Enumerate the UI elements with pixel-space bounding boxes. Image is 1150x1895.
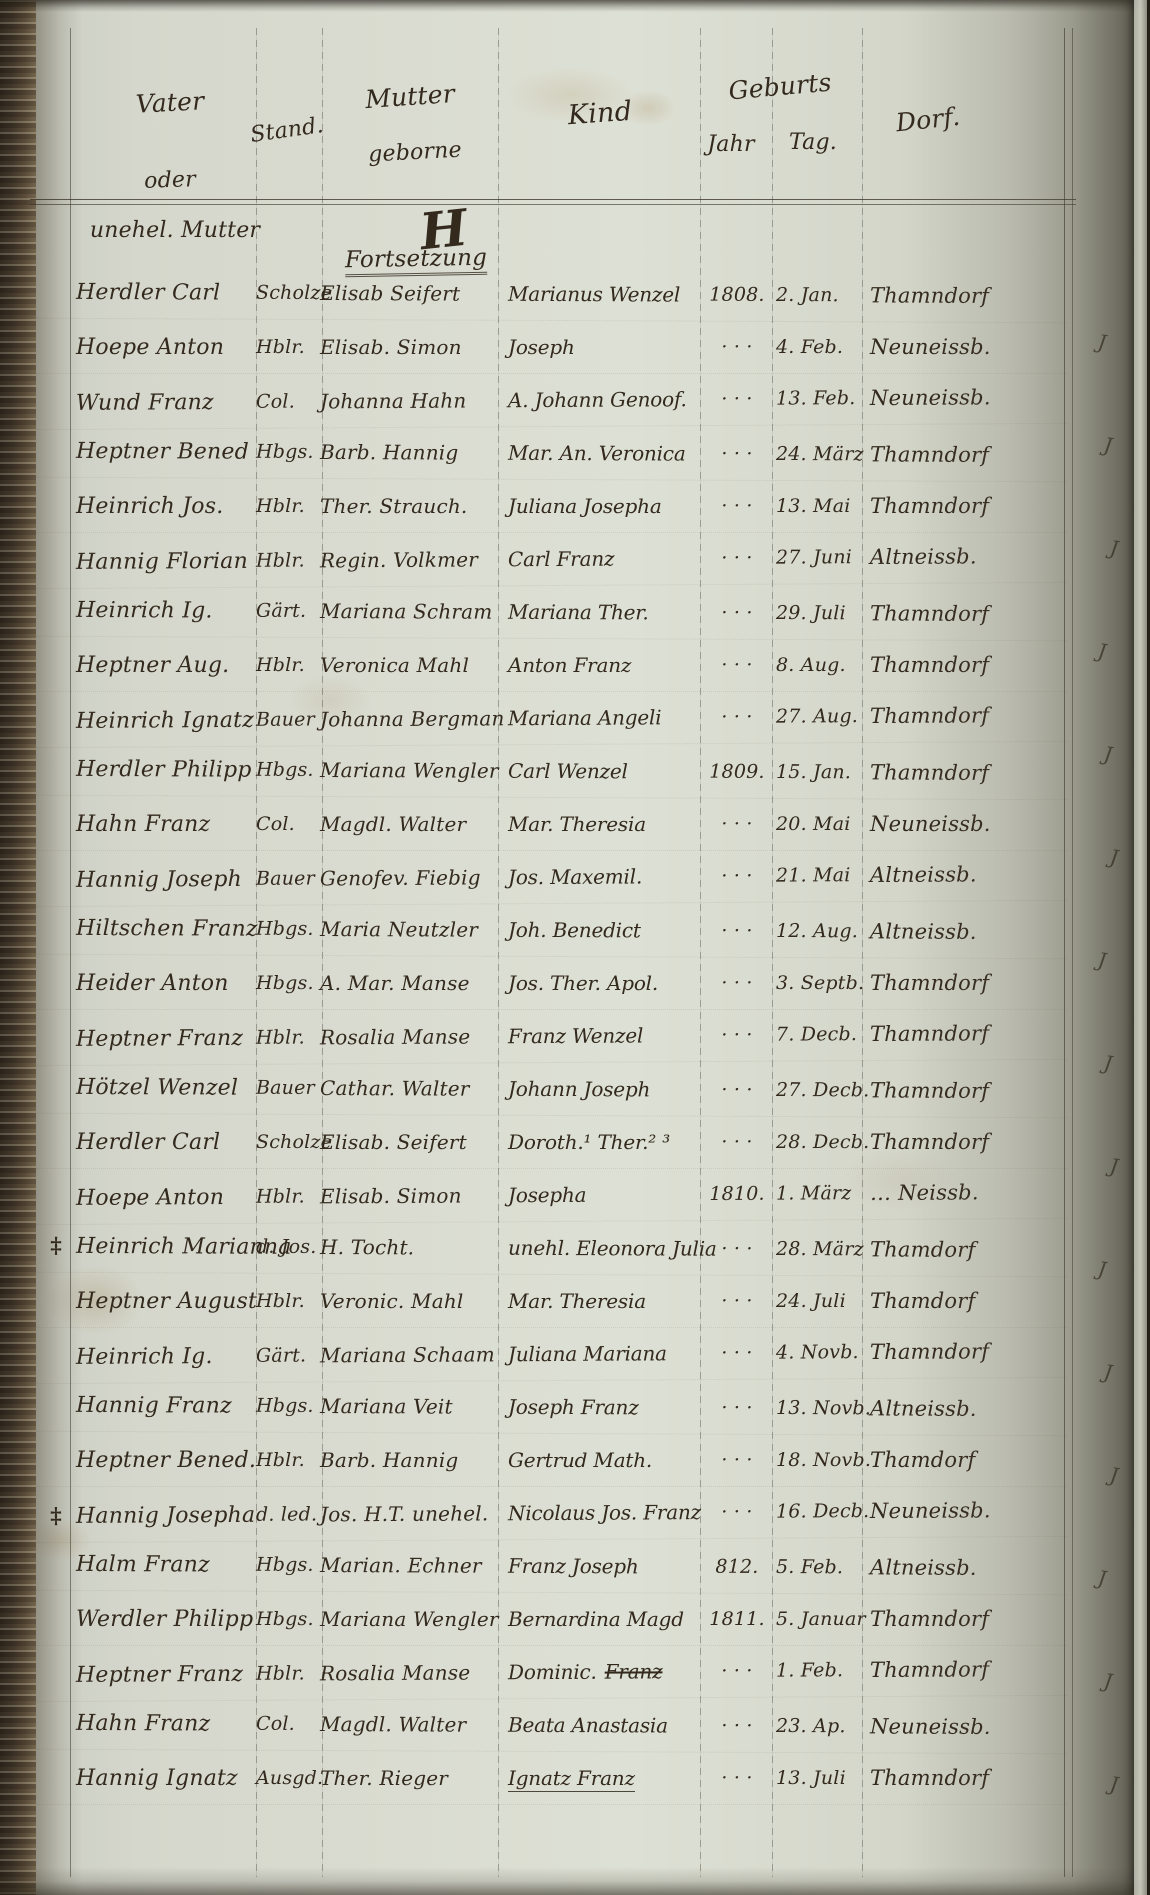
table-row: Herdler Carl Scholze Elisab. Seifert Dor… <box>36 1116 1068 1169</box>
status-abbrev: Scholze <box>256 1131 320 1153</box>
father-name: Hannig Ignatz <box>76 1766 256 1791</box>
birth-day: 16. Decb. <box>772 1500 862 1523</box>
father-name: Hahn Franz <box>76 1710 256 1736</box>
mother-name: Cathar. Walter <box>320 1076 498 1101</box>
village-name: Altneissb. <box>862 1555 1068 1580</box>
mother-name: Veronica Mahl <box>320 653 498 677</box>
birth-year: · · · <box>702 1079 772 1101</box>
next-page-edge <box>1134 0 1147 1895</box>
mother-name: Marian. Echner <box>320 1553 498 1578</box>
child-name: A. Johann Genoof. <box>498 387 702 412</box>
village-name: Altneissb. <box>862 1396 1068 1421</box>
edge-ink-fragment: J <box>1096 639 1107 664</box>
child-name-text: Bernardina Magd <box>508 1607 684 1631</box>
village-name: Thamndorf <box>862 1766 1068 1790</box>
father-name: Halm Franz <box>76 1551 256 1577</box>
table-row: Heptner Bened. Hblr. Barb. Hannig Gertru… <box>36 1434 1068 1487</box>
child-name-text: Joseph <box>508 335 575 359</box>
father-name: Heinrich Marianna <box>76 1233 256 1259</box>
birth-day: 5. Januar <box>772 1608 862 1630</box>
entry-marker: ‡ <box>36 1503 76 1529</box>
mother-name: Barb. Hannig <box>320 1448 498 1472</box>
birth-year: · · · <box>702 547 772 569</box>
child-name-text: Mar. An. Veronica <box>508 441 686 466</box>
table-row: Hannig Franz Hbgs. Mariana Veit Joseph F… <box>36 1379 1068 1437</box>
birth-day: 8. Aug. <box>772 654 862 676</box>
child-name-text: Dominic. <box>508 1660 597 1685</box>
child-name-text: A. Johann Genoof. <box>508 387 687 412</box>
birth-year: · · · <box>702 1660 772 1682</box>
status-abbrev: Gärt. <box>256 1344 320 1366</box>
father-name: Heptner Bened <box>76 438 256 464</box>
village-name: Thamndorf <box>862 1021 1068 1046</box>
father-name: Hoepe Anton <box>76 1184 256 1210</box>
village-name: Thamdorf <box>862 1448 1068 1472</box>
village-name: Thamdorf <box>862 1289 1068 1313</box>
father-name: Hannig Florian <box>76 548 256 574</box>
village-name: Thamndorf <box>862 1607 1068 1631</box>
edge-ink-fragment: J <box>1096 1566 1107 1591</box>
status-abbrev: Gärt. <box>256 600 320 622</box>
table-row: Hannig Ignatz Ausgd. Ther. Rieger Ignatz… <box>36 1752 1068 1805</box>
birth-day: 27. Aug. <box>772 705 862 728</box>
father-name: Hannig Franz <box>76 1392 256 1418</box>
status-abbrev: Ausgd. <box>256 1767 320 1789</box>
mother-name: Maria Neutzler <box>320 917 498 942</box>
edge-ink-fragment: J <box>1108 845 1119 870</box>
table-row: Herdler Philipp Hbgs. Mariana Wengler Ca… <box>36 743 1068 801</box>
child-name-text: unehl. Eleonora Julia <box>508 1236 717 1261</box>
mother-name: H. Tocht. <box>320 1235 498 1260</box>
village-name: Thamndorf <box>862 760 1068 785</box>
village-name: Thamndorf <box>862 494 1068 518</box>
status-abbrev: Col. <box>256 813 320 835</box>
birth-year: 1810. <box>702 1183 772 1205</box>
header-divider-rule <box>30 199 1076 205</box>
child-name: Franz Wenzel <box>498 1023 702 1048</box>
child-name: Anton Franz <box>498 653 702 677</box>
child-name-text: Joh. Benedict <box>508 918 641 943</box>
child-name: Carl Wenzel <box>498 759 702 784</box>
status-abbrev: Hblr. <box>256 495 320 517</box>
birth-year: · · · <box>702 654 772 676</box>
father-name: Hannig Josepha <box>76 1502 256 1528</box>
village-name: Neuneissb. <box>862 335 1068 359</box>
status-abbrev: Hbgs. <box>256 759 320 781</box>
status-abbrev: Bauer <box>256 1077 320 1099</box>
birth-day: 23. Ap. <box>772 1715 862 1737</box>
mother-name: Jos. H.T. unehel. <box>320 1501 498 1526</box>
birth-day: 5. Feb. <box>772 1556 862 1578</box>
mother-name: Elisab. Seifert <box>320 1130 498 1154</box>
child-name-text: Franz Joseph <box>508 1554 639 1579</box>
header-mother-label: Mutter <box>329 76 491 116</box>
header-child-label: Kind <box>529 93 671 134</box>
birth-day: 7. Decb. <box>772 1023 862 1046</box>
edge-ink-fragment: J <box>1102 433 1113 458</box>
table-row: Heinrich Jos. Hblr. Ther. Strauch. Julia… <box>36 480 1068 533</box>
child-name: Juliana Josepha <box>498 494 702 518</box>
child-name: unehl. Eleonora Julia <box>498 1236 702 1261</box>
mother-name: A. Mar. Manse <box>320 971 498 995</box>
table-row: Heinrich Ig. Gärt. Mariana Schaam Julian… <box>36 1325 1068 1384</box>
village-name: … Neissb. <box>862 1180 1068 1205</box>
table-row: Heptner Bened Hbgs. Barb. Hannig Mar. An… <box>36 425 1068 483</box>
mother-name: Ther. Strauch. <box>320 494 498 518</box>
birth-day: 15. Jan. <box>772 761 862 783</box>
village-name: Thamndorf <box>862 971 1068 995</box>
village-name: Neuneissb. <box>862 385 1068 410</box>
father-name: Heinrich Ignatz <box>76 707 256 733</box>
birth-year: · · · <box>702 1501 772 1523</box>
birth-day: 29. Juli <box>772 602 862 624</box>
village-name: Neuneissb. <box>862 812 1068 836</box>
child-name: Joh. Benedict <box>498 918 702 943</box>
birth-year: · · · <box>702 1238 772 1260</box>
table-row: ‡ Hannig Josepha d. led. Jos. H.T. unehe… <box>36 1484 1068 1543</box>
father-name: Hahn Franz <box>76 812 256 837</box>
entry-marker: ‡ <box>36 1233 76 1259</box>
birth-year: · · · <box>702 813 772 835</box>
father-name: Hoepe Anton <box>76 335 256 360</box>
child-name: Doroth.¹ Ther.² ³ <box>498 1130 702 1154</box>
status-abbrev: Hblr. <box>256 1662 320 1684</box>
birth-year: 1811. <box>702 1608 772 1630</box>
child-name: Johann Joseph <box>498 1077 702 1102</box>
birth-day: 18. Novb. <box>772 1449 862 1471</box>
header-father-or-label: oder <box>100 166 241 196</box>
table-row: Werdler Philipp Hbgs. Mariana Wengler Be… <box>36 1593 1068 1646</box>
table-row: Hoepe Anton Hblr. Elisab. Simon Josepha … <box>36 1166 1068 1225</box>
child-name-text: Gertrud Math. <box>508 1448 652 1472</box>
birth-year: · · · <box>702 495 772 517</box>
status-abbrev: Hbgs. <box>256 1608 320 1630</box>
father-name: Wund Franz <box>76 389 256 415</box>
father-name: Heptner Aug. <box>76 653 256 678</box>
mother-name: Rosalia Manse <box>320 1024 498 1049</box>
edge-ink-fragment: J <box>1096 1257 1107 1282</box>
birth-day: 27. Juni <box>772 546 862 569</box>
birth-year: · · · <box>702 388 772 410</box>
child-name-text: Marianus Wenzel <box>508 282 680 307</box>
edge-ink-fragment: J <box>1102 1051 1113 1076</box>
table-row: Heptner August Hblr. Veronic. Mahl Mar. … <box>36 1275 1068 1328</box>
birth-year: · · · <box>702 1290 772 1312</box>
village-name: Thamndorf <box>862 703 1068 728</box>
child-name-text: Anton Franz <box>508 653 631 677</box>
status-abbrev: Hbgs. <box>256 1395 320 1417</box>
header-father-label: Vater <box>94 84 245 121</box>
birth-day: 1. Feb. <box>772 1659 862 1682</box>
child-name: Dominic.Franz <box>498 1659 702 1684</box>
table-row: Heinrich Ig. Gärt. Mariana Schram Marian… <box>36 584 1068 642</box>
table-row: Hannig Joseph Bauer Genofev. Fiebig Jos.… <box>36 848 1068 907</box>
child-name-text: Doroth.¹ Ther.² ³ <box>508 1130 670 1154</box>
village-name: Altneissb. <box>862 862 1068 887</box>
header-village-label: Dorf. <box>867 99 989 140</box>
mother-name: Veronic. Mahl <box>320 1289 498 1313</box>
status-abbrev: Bauer <box>256 867 320 889</box>
village-name: Thamndorf <box>862 1657 1068 1682</box>
child-name: Jos. Ther. Apol. <box>498 971 702 995</box>
child-name-text: Joseph Franz <box>508 1395 639 1420</box>
status-abbrev: d. Jos. <box>256 1236 320 1258</box>
village-name: Neuneissb. <box>862 1498 1068 1523</box>
father-name: Herdler Carl <box>76 1130 256 1155</box>
status-abbrev: Hbgs. <box>256 972 320 994</box>
birth-day: 13. Juli <box>772 1767 862 1789</box>
table-row: Wund Franz Col. Johanna Hahn A. Johann G… <box>36 371 1068 430</box>
birth-day: 13. Novb. <box>772 1397 862 1419</box>
birth-year: · · · <box>702 972 772 994</box>
village-name: Thamndorf <box>862 1130 1068 1154</box>
edge-ink-fragment: J <box>1108 536 1119 561</box>
mother-name: Mariana Veit <box>320 1394 498 1419</box>
child-name-text: Carl Wenzel <box>508 759 628 784</box>
village-name: Thamndorf <box>862 653 1068 677</box>
child-name-text: Jos. Ther. Apol. <box>508 971 658 995</box>
child-name: Josepha <box>498 1182 702 1207</box>
child-name-text: Beata Anastasia <box>508 1713 668 1738</box>
table-row: Heptner Aug. Hblr. Veronica Mahl Anton F… <box>36 639 1068 692</box>
child-name-text: Mar. Theresia <box>508 1289 646 1313</box>
edge-ink-fragment: J <box>1102 1360 1113 1385</box>
father-name: Werdler Philipp <box>76 1607 256 1632</box>
village-name: Neuneissb. <box>862 1714 1068 1739</box>
father-name: Hötzel Wenzel <box>76 1074 256 1100</box>
father-name: Heptner Bened. <box>76 1448 256 1473</box>
edge-ink-fragment: J <box>1108 1463 1119 1488</box>
child-name: Mar. Theresia <box>498 1289 702 1313</box>
birth-year: · · · <box>702 1715 772 1737</box>
mother-name: Elisab Seifert <box>320 281 498 306</box>
mother-name: Rosalia Manse <box>320 1660 498 1685</box>
birth-year: · · · <box>702 1024 772 1046</box>
village-name: Thamndorf <box>862 601 1068 626</box>
birth-year: · · · <box>702 336 772 358</box>
edge-ink-fragment: J <box>1096 948 1107 973</box>
child-name: Mar. An. Veronica <box>498 441 702 466</box>
village-name: Thamdorf <box>862 1237 1068 1262</box>
child-name-text: Mar. Theresia <box>508 812 646 836</box>
child-name: Mariana Angeli <box>498 705 702 730</box>
father-name: Herdler Philipp <box>76 756 256 782</box>
book-binding-left <box>0 0 36 1895</box>
status-abbrev: Hblr. <box>256 1290 320 1312</box>
father-name: Heptner Franz <box>76 1025 256 1051</box>
table-row: Hahn Franz Col. Magdl. Walter Mar. There… <box>36 798 1068 851</box>
birth-year: · · · <box>702 1449 772 1471</box>
status-abbrev: Hblr. <box>256 336 320 358</box>
child-name: Beata Anastasia <box>498 1713 702 1738</box>
child-name: Joseph Franz <box>498 1395 702 1420</box>
table-row: Heider Anton Hbgs. A. Mar. Manse Jos. Th… <box>36 957 1068 1010</box>
birth-year: · · · <box>702 706 772 728</box>
father-name: Heider Anton <box>76 971 256 996</box>
birth-year: · · · <box>702 1397 772 1419</box>
header-status-label: Stand. <box>241 112 334 149</box>
father-name: Heinrich Ig. <box>76 597 256 623</box>
status-abbrev: Hblr. <box>256 1185 320 1207</box>
birth-year: · · · <box>702 1767 772 1789</box>
table-row: Heinrich Ignatz Bauer Johanna Bergman Ma… <box>36 689 1068 748</box>
page-top-edge <box>0 0 1150 12</box>
birth-year: · · · <box>702 920 772 942</box>
status-abbrev: Hbgs. <box>256 441 320 463</box>
child-name-text: Mariana Angeli <box>508 705 662 730</box>
birth-year: 1809. <box>702 761 772 783</box>
mother-name: Genofev. Fiebig <box>320 865 498 890</box>
child-name-text: Josepha <box>508 1183 587 1207</box>
child-name-text: Ignatz Franz <box>508 1766 635 1792</box>
mother-name: Regin. Volkmer <box>320 547 498 572</box>
status-abbrev: Hbgs. <box>256 1554 320 1576</box>
child-name-text: Carl Franz <box>508 547 614 572</box>
table-row: Hahn Franz Col. Magdl. Walter Beata Anas… <box>36 1697 1068 1755</box>
child-name: Joseph <box>498 335 702 359</box>
father-name: Heinrich Jos. <box>76 494 256 519</box>
status-abbrev: Hblr. <box>256 549 320 571</box>
child-name: Ignatz Franz <box>498 1766 702 1790</box>
birth-day: 3. Septb. <box>772 972 862 994</box>
birth-year: · · · <box>702 865 772 887</box>
page-bottom-edge <box>0 1867 1150 1895</box>
child-name: Carl Franz <box>498 546 702 571</box>
header-year-label: Jahr <box>698 132 764 157</box>
mother-name: Ther. Rieger <box>320 1766 498 1790</box>
status-abbrev: Bauer <box>256 708 320 730</box>
mother-name: Mariana Schaam <box>320 1342 498 1367</box>
header-unwed-mother-label: unehel. Mutter <box>55 218 295 243</box>
status-abbrev: Hbgs. <box>256 918 320 940</box>
child-name-struck: Franz <box>605 1659 663 1683</box>
table-row: Heptner Franz Hblr. Rosalia Manse Franz … <box>36 1007 1068 1066</box>
mother-name: Magdl. Walter <box>320 1712 498 1737</box>
mother-name: Johanna Hahn <box>320 388 498 413</box>
edge-ink-fragment: J <box>1108 1154 1119 1179</box>
child-name: Juliana Mariana <box>498 1341 702 1366</box>
child-name: Franz Joseph <box>498 1554 702 1579</box>
child-name: Marianus Wenzel <box>498 282 702 307</box>
child-name-text: Juliana Mariana <box>508 1341 667 1366</box>
birth-year: · · · <box>702 1342 772 1364</box>
village-name: Altneissb. <box>862 544 1068 569</box>
status-abbrev: Hblr. <box>256 654 320 676</box>
mother-name: Elisab. Simon <box>320 335 498 359</box>
header-day-label: Tag. <box>770 130 856 155</box>
birth-day: 27. Decb. <box>772 1079 862 1101</box>
table-row: Hannig Florian Hblr. Regin. Volkmer Carl… <box>36 530 1068 589</box>
header-mother-born-label: geborne <box>339 136 490 169</box>
birth-day: 24. Juli <box>772 1290 862 1312</box>
child-name-text: Mariana Ther. <box>508 600 649 625</box>
birth-day: 4. Feb. <box>772 336 862 358</box>
header-birth-label: Geburts <box>689 64 871 109</box>
birth-day: 2. Jan. <box>772 284 862 306</box>
birth-day: 12. Aug. <box>772 920 862 942</box>
birth-day: 13. Mai <box>772 495 862 517</box>
register-page: Vater oder unehel. Mutter Stand. Mutter … <box>0 0 1150 1895</box>
mother-name: Barb. Hannig <box>320 440 498 465</box>
mother-name: Mariana Wengler <box>320 758 498 783</box>
child-name: Nicolaus Jos. Franz <box>498 1500 702 1525</box>
father-name: Heinrich Ig. <box>76 1343 256 1369</box>
child-name-text: Juliana Josepha <box>508 494 662 518</box>
status-abbrev: Col. <box>256 1713 320 1735</box>
birth-day: 4. Novb. <box>772 1341 862 1364</box>
father-name: Heptner August <box>76 1289 256 1314</box>
birth-day: 1. März <box>772 1182 862 1205</box>
child-name: Jos. Maxemil. <box>498 864 702 889</box>
mother-name: Magdl. Walter <box>320 812 498 836</box>
child-name-text: Franz Wenzel <box>508 1023 643 1048</box>
birth-year: 1808. <box>702 284 772 306</box>
register-rows-container: Herdler Carl Scholze Elisab Seifert Mari… <box>36 268 1068 1805</box>
birth-day: 21. Mai <box>772 864 862 887</box>
table-row: Herdler Carl Scholze Elisab Seifert Mari… <box>36 266 1068 324</box>
table-row: Hötzel Wenzel Bauer Cathar. Walter Johan… <box>36 1061 1068 1119</box>
mother-name: Mariana Wengler <box>320 1607 498 1631</box>
village-name: Thamndorf <box>862 1078 1068 1103</box>
birth-day: 13. Feb. <box>772 387 862 410</box>
village-name: Thamndorf <box>862 283 1068 308</box>
child-name-text: Jos. Maxemil. <box>508 864 642 889</box>
child-name: Mar. Theresia <box>498 812 702 836</box>
child-name-text: Nicolaus Jos. Franz <box>508 1500 701 1525</box>
village-name: Thamndorf <box>862 1339 1068 1364</box>
status-abbrev: Col. <box>256 390 320 412</box>
child-name: Mariana Ther. <box>498 600 702 625</box>
father-name: Herdler Carl <box>76 279 256 305</box>
child-name-text: Johann Joseph <box>508 1077 650 1102</box>
table-row: Hoepe Anton Hblr. Elisab. Simon Joseph ·… <box>36 321 1068 374</box>
birth-day: 28. März <box>772 1238 862 1260</box>
birth-year: 812. <box>702 1556 772 1578</box>
edge-ink-fragment: J <box>1096 330 1107 355</box>
table-row: Heptner Franz Hblr. Rosalia Manse Domini… <box>36 1643 1068 1702</box>
child-name: Gertrud Math. <box>498 1448 702 1472</box>
child-name: Bernardina Magd <box>498 1607 702 1631</box>
father-name: Heptner Franz <box>76 1661 256 1687</box>
status-abbrev: d. led. <box>256 1503 320 1525</box>
table-row: Hiltschen Franz Hbgs. Maria Neutzler Joh… <box>36 902 1068 960</box>
mother-name: Mariana Schram <box>320 599 498 624</box>
mother-name: Elisab. Simon <box>320 1183 498 1208</box>
village-name: Thamndorf <box>862 442 1068 467</box>
status-abbrev: Hblr. <box>256 1026 320 1048</box>
birth-day: 28. Decb. <box>772 1131 862 1153</box>
birth-year: · · · <box>702 443 772 465</box>
status-abbrev: Hblr. <box>256 1449 320 1471</box>
edge-ink-fragment: J <box>1108 1772 1119 1797</box>
status-abbrev: Scholze <box>256 282 320 304</box>
birth-year: · · · <box>702 602 772 624</box>
birth-year: · · · <box>702 1131 772 1153</box>
edge-ink-fragment: J <box>1102 742 1113 767</box>
birth-day: 20. Mai <box>772 813 862 835</box>
father-name: Hannig Joseph <box>76 866 256 892</box>
birth-day: 24. März <box>772 443 862 465</box>
table-row: Halm Franz Hbgs. Marian. Echner Franz Jo… <box>36 1538 1068 1596</box>
edge-ink-fragment: J <box>1102 1669 1113 1694</box>
village-name: Altneissb. <box>862 919 1068 944</box>
father-name: Hiltschen Franz <box>76 915 256 941</box>
mother-name: Johanna Bergman <box>320 706 498 731</box>
table-row: ‡ Heinrich Marianna d. Jos. H. Tocht. un… <box>36 1220 1068 1278</box>
